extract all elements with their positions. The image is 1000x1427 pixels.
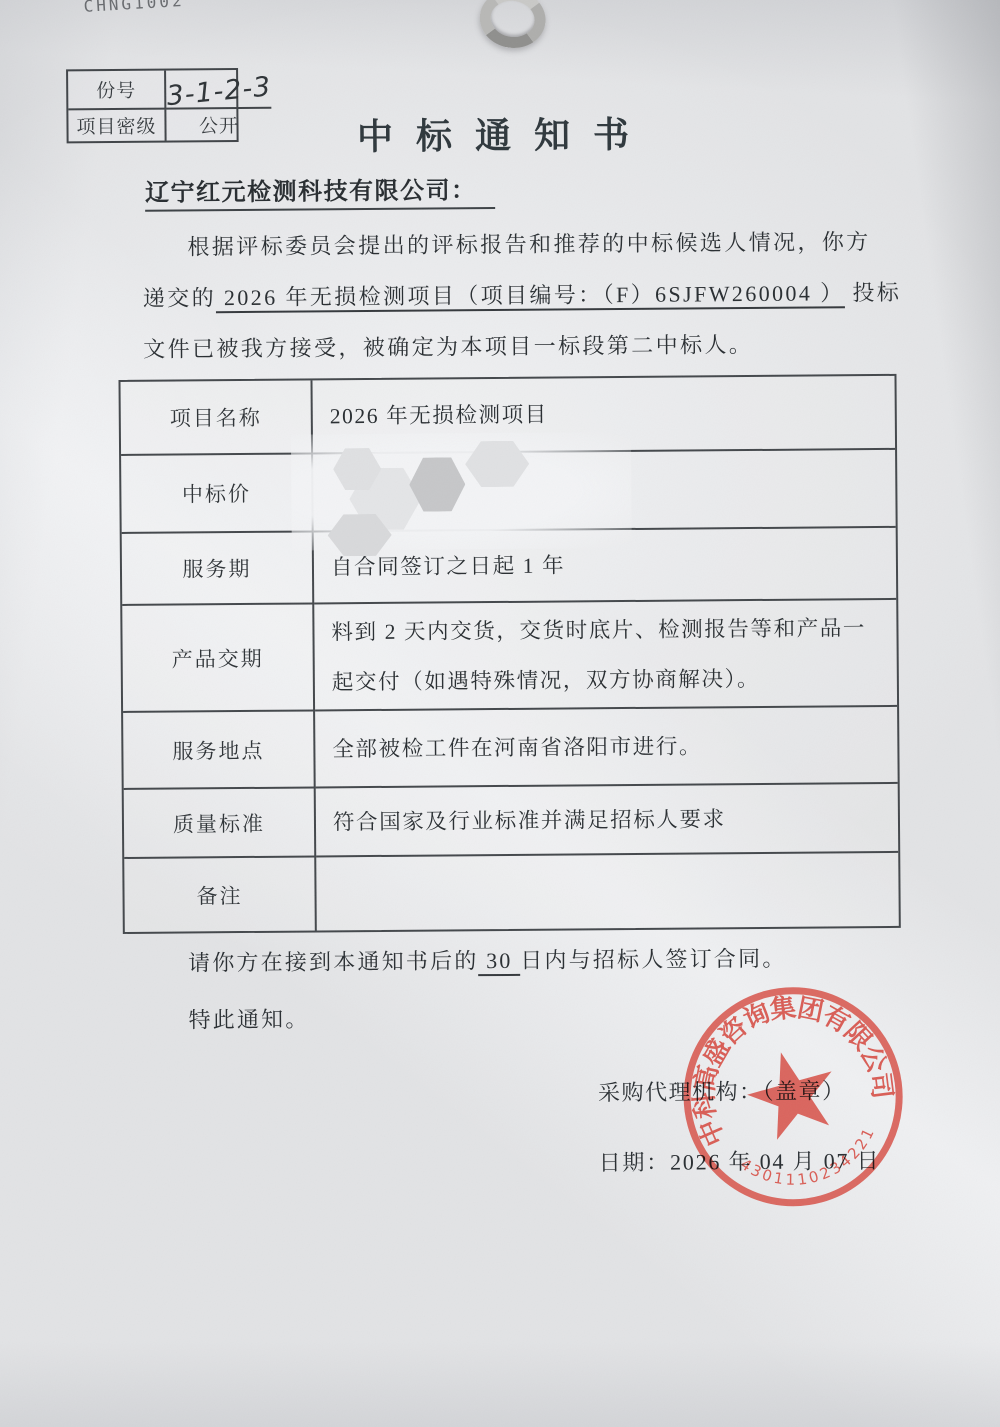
table-row-label: 备注 — [124, 857, 317, 932]
table-row-label: 服务期 — [122, 532, 315, 606]
addressee-company: 辽宁红元检测科技有限公司： — [145, 170, 495, 212]
table-row-label: 质量标准 — [124, 788, 317, 859]
paper-sheet: CHNG1002 份号 3-1-2-3 项目密级 公开 中 标 通 知 书 辽宁… — [0, 0, 1000, 1427]
body-line-3: 文件已被我方接受，被确定为本项目一标段第二中标人。 — [143, 328, 753, 364]
binder-ring — [476, 0, 550, 52]
closing-prefix: 请你方在接到本通知书后的 — [188, 948, 479, 975]
photographed-document: CHNG1002 份号 3-1-2-3 项目密级 公开 中 标 通 知 书 辽宁… — [0, 0, 1000, 1427]
table-row-label: 中标价 — [121, 454, 314, 534]
seal-star-icon — [739, 1041, 846, 1145]
closing-line-contract: 请你方在接到本通知书后的 30 日内与招标人签订合同。 — [188, 942, 787, 978]
table-row-value: 料到 2 天内交货，交货时底片、检测报告等和产品一起交付（如遇特殊情况，双方协商… — [314, 600, 897, 712]
table-row-value: 符合国家及行业标准并满足招标人要求 — [316, 784, 899, 858]
document-title: 中 标 通 知 书 — [0, 104, 997, 163]
table-row-label: 服务地点 — [123, 711, 316, 790]
closing-suffix: 日内与招标人签订合同。 — [520, 946, 786, 973]
table-row-value — [316, 853, 899, 931]
contract-days-underlined: 30 — [478, 948, 520, 976]
body-line-2-prefix: 递交的 — [143, 285, 216, 311]
table-row-value: 全部被检工件在河南省洛阳市进行。 — [315, 707, 898, 789]
body-line-1: 根据评标委员会提出的评标报告和推荐的中标候选人情况，你方 — [187, 225, 870, 261]
handwritten-copy-number: 3-1-2-3 — [165, 71, 272, 112]
copy-number-label: 份号 — [68, 71, 166, 111]
body-line-2: 递交的 2026 年无损检测项目（项目编号：（F）6SJFW260004 ） 投… — [143, 276, 902, 313]
project-name-underlined: 2026 年无损检测项目（项目编号：（F）6SJFW260004 ） — [216, 280, 845, 313]
seal-number-arc: 4301110234221 — [734, 1119, 889, 1205]
bid-price-redaction — [291, 432, 632, 551]
seal-number-text: 4301110234221 — [734, 1119, 889, 1205]
closing-line-notice: 特此通知。 — [188, 1003, 309, 1035]
table-row-label: 产品交期 — [122, 604, 315, 713]
copy-number-value: 3-1-2-3 — [166, 70, 271, 110]
corner-code-text: CHNG1002 — [83, 0, 185, 16]
company-seal: 中科高盛咨询集团有限公司 4301110234221 — [634, 938, 951, 1255]
body-line-2-suffix: 投标 — [844, 280, 901, 305]
table-row-label: 项目名称 — [121, 380, 314, 456]
redaction-hexagon — [465, 441, 529, 488]
